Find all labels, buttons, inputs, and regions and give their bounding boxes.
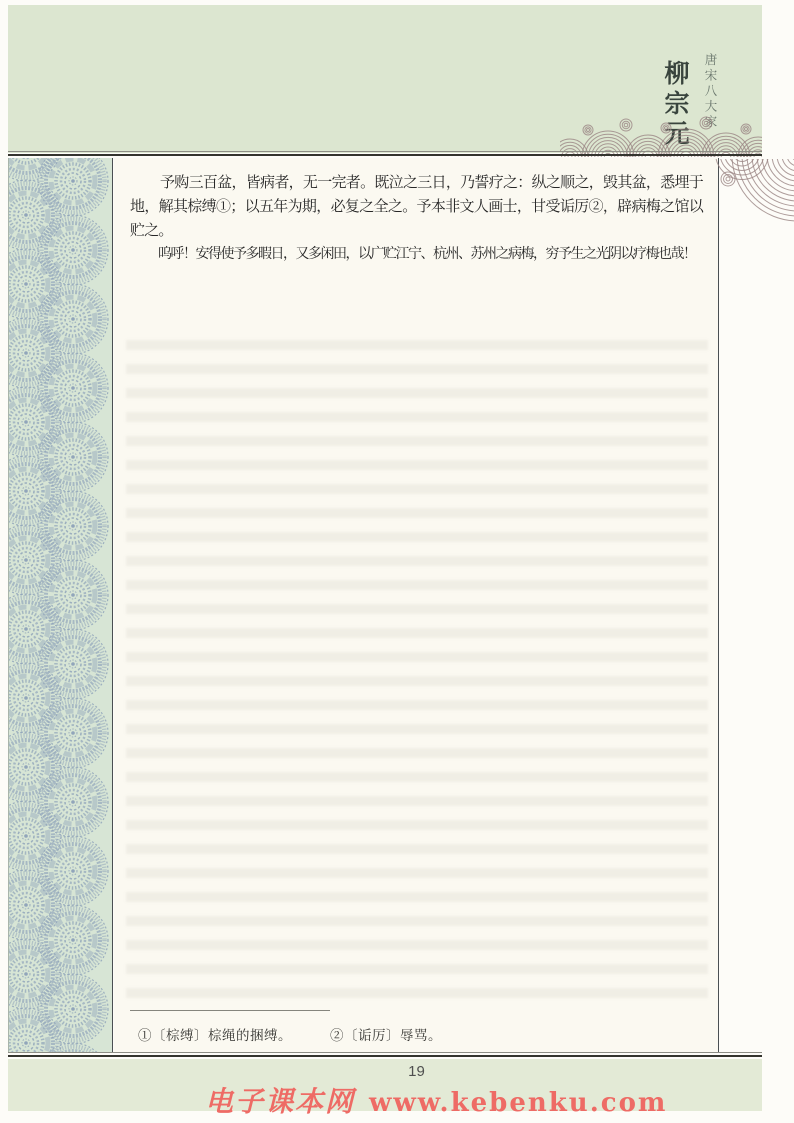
site-url: www.kebenku.com (369, 1088, 667, 1118)
site-watermark: 电子课本网 www.kebenku.com (205, 1080, 667, 1120)
footnote-divider (130, 1010, 330, 1011)
book-page: 唐宋八大家 柳宗元 予购三百盆，皆病者，无一完者。既泣之三日，乃誓疗之：纵之顺之… (0, 0, 794, 1123)
footnote: ②〔诟厉〕辱骂。 (330, 1024, 442, 1044)
page-number: 19 (114, 1063, 719, 1080)
top-rule (8, 151, 762, 156)
floral-sidebar-pattern (8, 158, 113, 1053)
bottom-rule (8, 1052, 762, 1057)
paragraph: 呜呼！安得使予多暇日，又多闲田，以广贮江宁、杭州、苏州之病梅，穷予生之光阴以疗梅… (130, 243, 703, 267)
site-name: 电子课本网 (205, 1080, 355, 1120)
lace-flower-icon (35, 1040, 111, 1054)
text-page: 予购三百盆，皆病者，无一完者。既泣之三日，乃誓疗之：纵之顺之，毁其盆，悉埋于地，… (114, 158, 719, 1053)
wave-corner-icon (712, 159, 794, 239)
body-text: 予购三百盆，皆病者，无一完者。既泣之三日，乃誓疗之：纵之顺之，毁其盆，悉埋于地，… (114, 158, 718, 267)
footnote-row: ①〔棕缚〕棕绳的捆缚。②〔诟厉〕辱骂。 (138, 1024, 442, 1044)
footnote: ①〔棕缚〕棕绳的捆缚。 (138, 1024, 292, 1044)
page-showthrough-texture (126, 340, 708, 1008)
paragraph: 予购三百盆，皆病者，无一完者。既泣之三日，乃誓疗之：纵之顺之，毁其盆，悉埋于地，… (130, 171, 703, 243)
